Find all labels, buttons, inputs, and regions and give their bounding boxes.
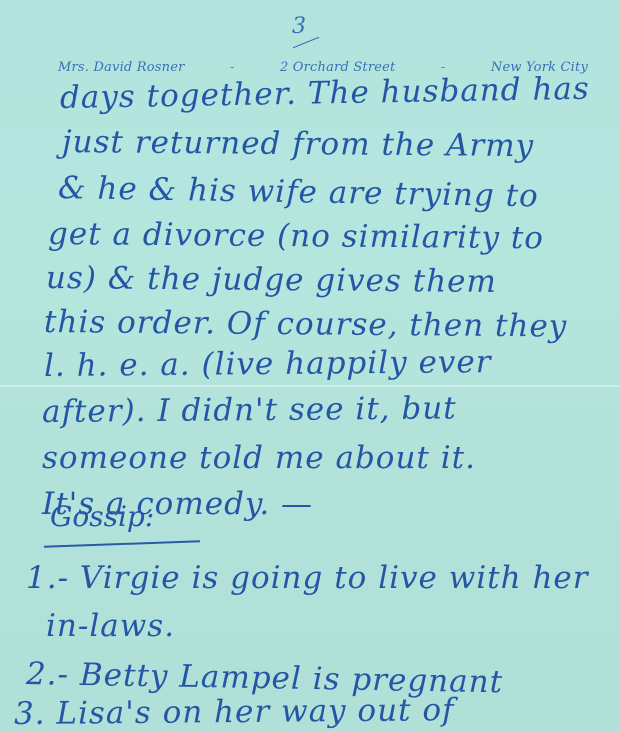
body-line: days together. The husband has: [60, 71, 590, 116]
letter-page: 3 Mrs. David Rosner - 2 Orchard Street -…: [0, 0, 620, 731]
gossip-item-3: 3. Lisa's on her way out of: [14, 692, 455, 731]
body-line: us) & the judge gives them: [46, 260, 497, 300]
gossip-heading-underline: [44, 540, 200, 547]
gossip-item-1: 1.- Virgie is going to live with her: [26, 560, 589, 596]
letterhead-separator: -: [230, 60, 235, 75]
letterhead-address: 2 Orchard Street: [280, 60, 396, 75]
body-line: get a divorce (no similarity to: [48, 216, 544, 256]
page-number: 3: [292, 14, 306, 39]
gossip-item-number: 3.: [14, 696, 46, 731]
body-line: just returned from the Army: [62, 124, 534, 164]
gossip-item-text: in-laws.: [46, 608, 175, 644]
gossip-item-number: 2.-: [26, 656, 70, 693]
body-line: after). I didn't see it, but: [42, 390, 457, 430]
body-line: l. h. e. a. (live happily ever: [44, 344, 492, 384]
body-line: & he & his wife are trying to: [58, 170, 539, 214]
gossip-item-text: Virgie is going to live with her: [80, 560, 589, 596]
gossip-item-number: 1.-: [26, 560, 69, 596]
gossip-item-text: Lisa's on her way out of: [56, 692, 454, 731]
gossip-heading: Gossip:: [50, 500, 154, 533]
body-line: someone told me about it.: [42, 440, 476, 476]
gossip-item-1-continued: in-laws.: [46, 608, 175, 644]
paper-fold-crease: [0, 385, 620, 387]
body-line: this order. Of course, then they: [44, 304, 568, 345]
letterhead-name: Mrs. David Rosner: [58, 60, 185, 75]
